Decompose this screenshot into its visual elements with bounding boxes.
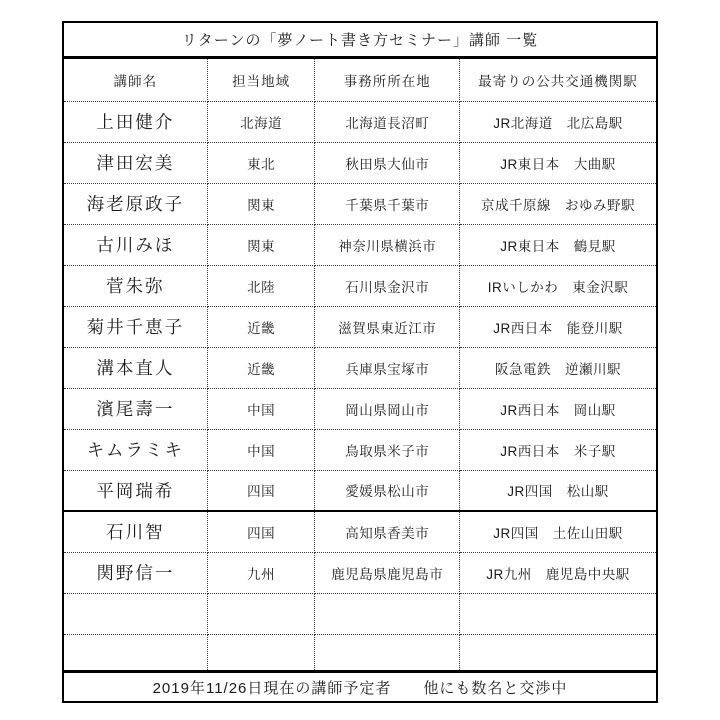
cell-office: 神奈川県横浜市 (315, 224, 459, 265)
cell-region: 関東 (207, 224, 315, 265)
cell-office: 秋田県大仙市 (315, 142, 459, 183)
cell-station: JR四国 土佐山田駅 (459, 511, 656, 552)
cell-name: 菊井千恵子 (64, 306, 207, 347)
cell-station: JR北海道 北広島駅 (459, 101, 656, 142)
cell-station: 阪急電鉄 逆瀬川駅 (459, 347, 656, 388)
table-row: 平岡瑞希四国愛媛県松山市JR四国 松山駅 (64, 470, 656, 511)
header-row: 講師名 担当地域 事務所所在地 最寄りの公共交通機関駅 (64, 59, 656, 101)
cell-office: 鳥取県米子市 (315, 429, 459, 470)
cell-office: 兵庫県宝塚市 (315, 347, 459, 388)
empty-cell (64, 634, 207, 670)
roster-table: 講師名 担当地域 事務所所在地 最寄りの公共交通機関駅 上田健介北海道北海道長沼… (64, 59, 656, 670)
cell-office: 高知県香美市 (315, 511, 459, 552)
cell-station: 京成千原線 おゆみ野駅 (459, 183, 656, 224)
cell-name: 関野信一 (64, 552, 207, 593)
empty-cell (459, 634, 656, 670)
cell-office: 北海道長沼町 (315, 101, 459, 142)
cell-station: JR西日本 岡山駅 (459, 388, 656, 429)
table-row: 上田健介北海道北海道長沼町JR北海道 北広島駅 (64, 101, 656, 142)
cell-region: 中国 (207, 388, 315, 429)
empty-cell (207, 593, 315, 634)
cell-region: 九州 (207, 552, 315, 593)
cell-office: 滋賀県東近江市 (315, 306, 459, 347)
cell-station: IRいしかわ 東金沢駅 (459, 265, 656, 306)
cell-office: 愛媛県松山市 (315, 470, 459, 511)
cell-station: JR四国 松山駅 (459, 470, 656, 511)
cell-region: 北陸 (207, 265, 315, 306)
cell-name: 濱尾壽一 (64, 388, 207, 429)
cell-name: 溝本直人 (64, 347, 207, 388)
cell-region: 近畿 (207, 306, 315, 347)
empty-table-row (64, 593, 656, 634)
cell-name: 古川みほ (64, 224, 207, 265)
table-row: 菊井千恵子近畿滋賀県東近江市JR西日本 能登川駅 (64, 306, 656, 347)
table-body: 上田健介北海道北海道長沼町JR北海道 北広島駅津田宏美東北秋田県大仙市JR東日本… (64, 101, 656, 670)
cell-station: JR西日本 能登川駅 (459, 306, 656, 347)
cell-region: 中国 (207, 429, 315, 470)
cell-region: 北海道 (207, 101, 315, 142)
cell-region: 関東 (207, 183, 315, 224)
cell-station: JR東日本 鶴見駅 (459, 224, 656, 265)
cell-office: 石川県金沢市 (315, 265, 459, 306)
page: リターンの「夢ノート書き方セミナー」講師 一覧 講師名 担当地域 事務所所在地 … (0, 0, 720, 720)
cell-name: 津田宏美 (64, 142, 207, 183)
table-row: 津田宏美東北秋田県大仙市JR東日本 大曲駅 (64, 142, 656, 183)
cell-region: 近畿 (207, 347, 315, 388)
table-row: 海老原政子関東千葉県千葉市京成千原線 おゆみ野駅 (64, 183, 656, 224)
cell-region: 四国 (207, 470, 315, 511)
cell-office: 鹿児島県鹿児島市 (315, 552, 459, 593)
empty-cell (315, 634, 459, 670)
table-row: 濱尾壽一中国岡山県岡山市JR西日本 岡山駅 (64, 388, 656, 429)
table-row: 菅朱弥北陸石川県金沢市IRいしかわ 東金沢駅 (64, 265, 656, 306)
column-header-name: 講師名 (64, 59, 207, 101)
empty-cell (315, 593, 459, 634)
cell-region: 東北 (207, 142, 315, 183)
table-row: 溝本直人近畿兵庫県宝塚市阪急電鉄 逆瀬川駅 (64, 347, 656, 388)
column-header-office: 事務所所在地 (315, 59, 459, 101)
table-row: 石川智四国高知県香美市JR四国 土佐山田駅 (64, 511, 656, 552)
table-footer-note: 2019年11/26日現在の講師予定者 他にも数名と交渉中 (64, 670, 656, 701)
table-row: 関野信一九州鹿児島県鹿児島市JR九州 鹿児島中央駅 (64, 552, 656, 593)
column-header-station: 最寄りの公共交通機関駅 (459, 59, 656, 101)
cell-name: 平岡瑞希 (64, 470, 207, 511)
column-header-region: 担当地域 (207, 59, 315, 101)
table-header: 講師名 担当地域 事務所所在地 最寄りの公共交通機関駅 (64, 59, 656, 101)
cell-office: 岡山県岡山市 (315, 388, 459, 429)
table-row: 古川みほ関東神奈川県横浜市JR東日本 鶴見駅 (64, 224, 656, 265)
cell-name: 菅朱弥 (64, 265, 207, 306)
table-title: リターンの「夢ノート書き方セミナー」講師 一覧 (64, 23, 656, 59)
empty-table-row (64, 634, 656, 670)
table-row: キムラミキ中国鳥取県米子市JR西日本 米子駅 (64, 429, 656, 470)
lecturer-roster-table: リターンの「夢ノート書き方セミナー」講師 一覧 講師名 担当地域 事務所所在地 … (62, 21, 658, 703)
cell-station: JR東日本 大曲駅 (459, 142, 656, 183)
cell-name: 海老原政子 (64, 183, 207, 224)
empty-cell (64, 593, 207, 634)
cell-name: 上田健介 (64, 101, 207, 142)
cell-name: 石川智 (64, 511, 207, 552)
cell-office: 千葉県千葉市 (315, 183, 459, 224)
cell-region: 四国 (207, 511, 315, 552)
empty-cell (459, 593, 656, 634)
empty-cell (207, 634, 315, 670)
cell-station: JR西日本 米子駅 (459, 429, 656, 470)
cell-station: JR九州 鹿児島中央駅 (459, 552, 656, 593)
cell-name: キムラミキ (64, 429, 207, 470)
